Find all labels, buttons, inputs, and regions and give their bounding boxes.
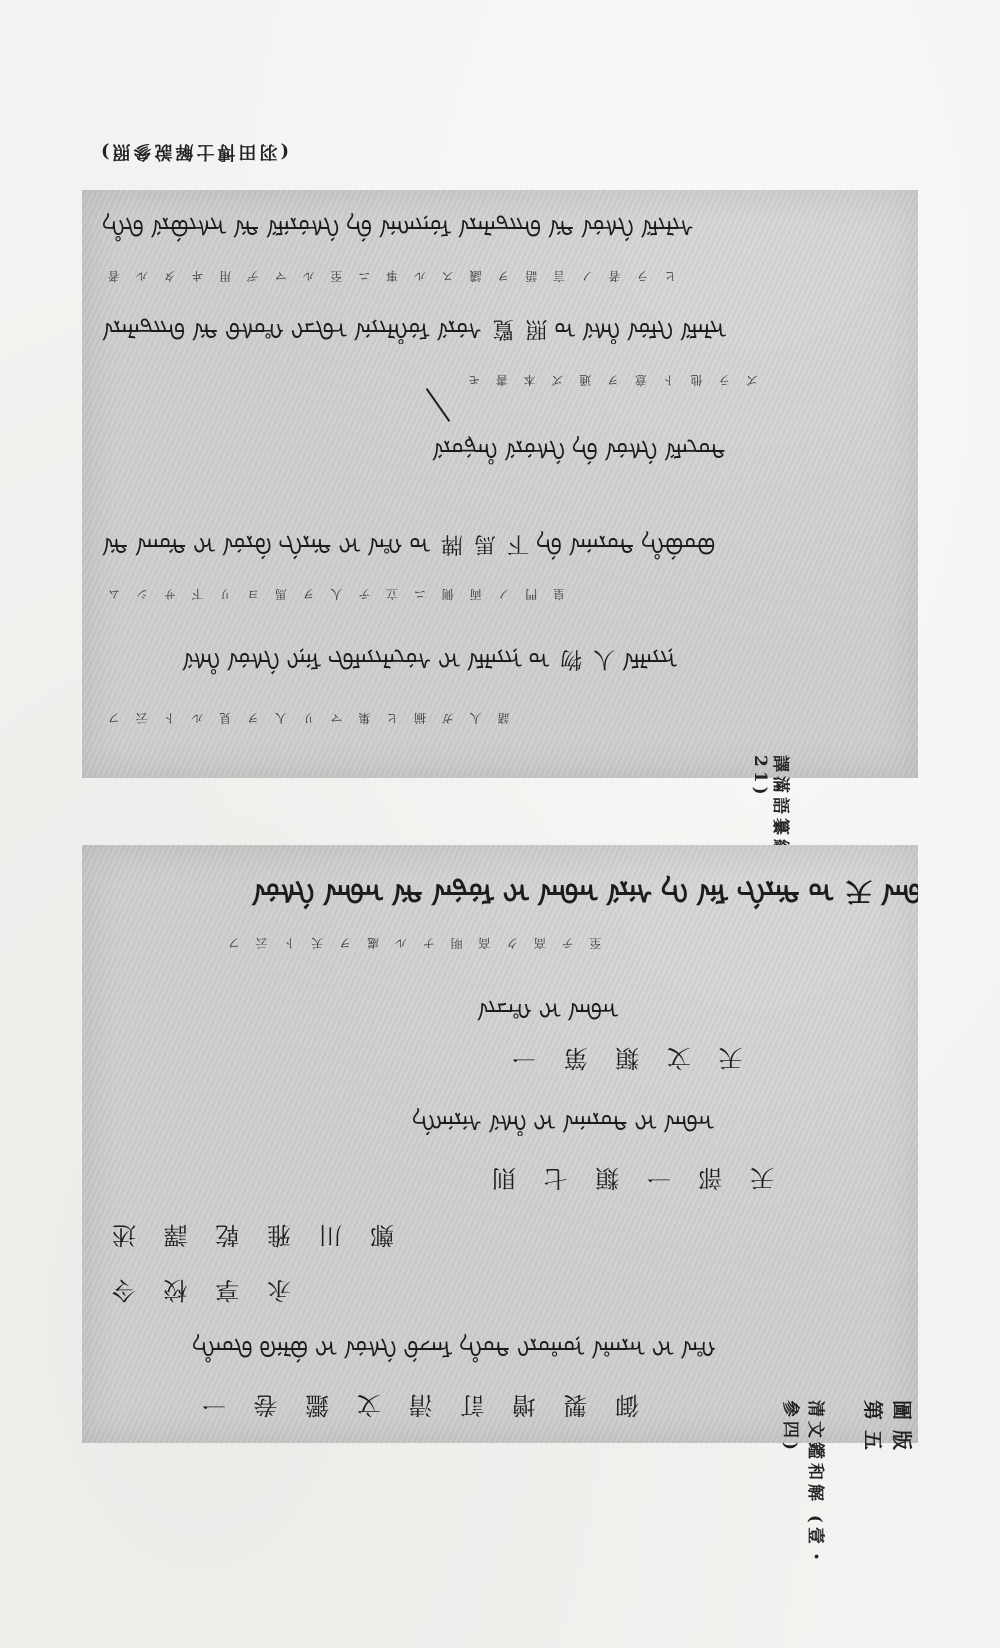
manchu-text-line: ᠨᡳᠶᠠᠯᠮᠠ 人 物 ᠣ ᠨᡳᠶᠠᠯᠮᠠ ᡳ ᠰᡠᠸᠠᠯᡳᠶᠠᠮᠪᡳ ᠮᡝᠨᡳ…	[182, 645, 677, 683]
manchu-title-line: ᡥᠠᠨ ᡳ ᠠᡵᠠᡥᠠ ᠨᠣᡥᠣᡵᡳ ᡨᡠᡥᡝ ᠮᠠᠨᠵᡠ ᡤᡳᠰᡠᠨ ᡳ ᠪᡠ…	[192, 1333, 716, 1371]
annotation-line: ヒ ラ 者 ノ 言 語 ヲ 議 ス ル 事 ニ 至 ル マ デ 用 ヰ タ ル …	[102, 268, 676, 285]
manchu-text-line: ᠰᡳᠯᡳᠮᡝ ᡤᡳᠰᡠᠨ ᡩᡝ ᠪᠠᡳᡨᠠᠯᠠᡵᠠ ᠮᡠᠨᡳᠩᡤᠠ ᠪᡝ ᡤᡳᠰ…	[102, 212, 693, 250]
manchu-text-line: ᠠᠪᡴᠠ 天 ᠣ ᡩᡝᡵᡤᡳ ᠮᡝᠨ ᡴᡝ ᠰᡝᡵᡝ ᠠᠪᡴᠠ ᡳ ᠮᡠᡩᠠᠨ …	[252, 875, 918, 921]
section-heading: 天 部 一 類 七 則	[482, 1163, 774, 1198]
plate-caption-bottom: 清文鑑和解 (壹・參四)	[780, 1400, 830, 1570]
reference-note: (羽田博士解說參照)	[98, 140, 289, 166]
manchu-text-line: ᡨᡠᠸᠠᠮᡝ ᡤᡳᠰᡠᠨ ᠪᡝ ᡤᡳᠰᡠᡵᡝ ᡥᡝᠨᡩᡠᡵᡝ	[432, 435, 725, 473]
annotation-line: ズ ラ 他 ト 意 ヲ 通 ズ 本 書 モ	[462, 372, 758, 389]
plate-number-label: 圖版第五	[860, 1400, 918, 1482]
translator-line: 鄭 川 雅 乾 譯 述	[102, 1220, 394, 1255]
manuscript-plate-top: ᠰᡳᠯᡳᠮᡝ ᡤᡳᠰᡠᠨ ᡩᡝ ᠪᠠᡳᡨᠠᠯᠠᡵᠠ ᠮᡠᠨᡳᠩᡤᠠ ᠪᡝ ᡤᡳᠰ…	[82, 190, 918, 778]
ink-mark	[426, 388, 451, 422]
manchu-text-line: ᡳᠯᠠᠮᡝ ᡴᡳᠮᡠᠨ ᡥᡝᠰᡝ ᠣ 照 覧 ᠰᡠᡵᡝ ᠮᡠᡥᡝᠯᡳᠶᡝᠨ ᡝᠪ…	[102, 315, 726, 353]
manchu-text-line: ᠠᠪᡴᠠ ᡳ ᡥᠠᠴᡳᠨ	[477, 995, 618, 1033]
book-title-line: 御 製 增 訂 清 文 鑑 卷 一	[192, 1390, 639, 1425]
annotation-line: 諸 人 ガ 揃 ヒ 集 マ リ 人 ヲ 見 ル ト 云 フ	[102, 710, 509, 727]
manchu-text-line: ᠠᠪᡴᠠ ᡳ ᡨᡠᡵᡤᠠᠨ ᡳ ᡥᡝᠰᡝ ᠰᡝᡵᡝᠩᡤᡝ	[412, 1107, 714, 1145]
manchu-text-line: ᠪᠣᡠᠪᡠᡥᡝ ᡨᡠᡵᡤᠠᠨ ᠪᡝ 下 馬 牌 ᠣ ᡥᠠᠨ ᡳ ᡩᡝᡵᡤᡳ ᡤᡠ…	[102, 530, 715, 568]
annotation-line: 皇 門 ノ 両 側 ニ 立 テ 人 ヲ 馬 ヨ リ 下 サ シ ム	[102, 586, 565, 603]
section-heading: 天 文 類 第 一	[502, 1043, 743, 1078]
editor-line: 永 享 校 令	[102, 1275, 291, 1310]
caption-title: 清文鑑和解	[805, 1400, 825, 1505]
annotation-line: 至 テ 高 ク 高 明 ナ ル 處 ヲ 天 ト 云 フ	[222, 935, 602, 952]
manuscript-plate-bottom: ᠠᠪᡴᠠ 天 ᠣ ᡩᡝᡵᡤᡳ ᠮᡝᠨ ᡴᡝ ᠰᡝᡵᡝ ᠠᠪᡴᠠ ᡳ ᠮᡠᡩᠠᠨ …	[82, 845, 918, 1443]
